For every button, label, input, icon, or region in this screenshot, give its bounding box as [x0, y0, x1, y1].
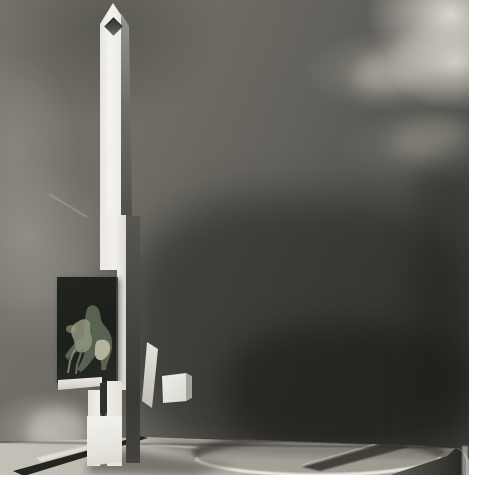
base-side-shade — [126, 216, 140, 463]
relief-panel — [57, 277, 118, 383]
obelisk-lower-edge — [117, 263, 126, 390]
monument-model-photo — [0, 0, 469, 475]
obelisk-mid-block — [100, 215, 126, 270]
base-notch — [100, 383, 107, 418]
relief-highlight-2 — [66, 325, 76, 333]
print-margin-bottom — [0, 475, 480, 480]
horse-relief — [57, 277, 118, 383]
cube-front-face — [162, 373, 187, 403]
print-margin-right — [469, 0, 480, 480]
wall-shadow-right — [415, 170, 469, 460]
scanned-photograph-page — [0, 0, 480, 480]
base-block — [87, 416, 122, 466]
cube-side-face — [186, 372, 192, 401]
